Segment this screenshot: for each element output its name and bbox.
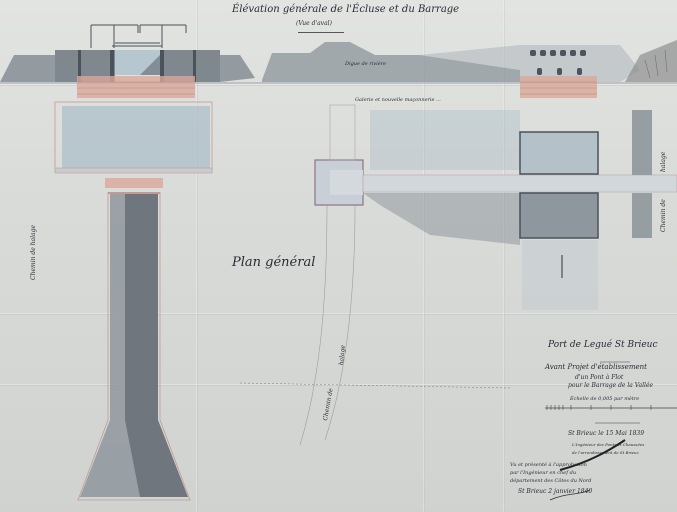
cartouche-line3: pour le Barrage de la Vallée (568, 382, 653, 389)
cartouche-heading: Port de Legué St Brieuc (548, 340, 658, 350)
signature-role-2: de l'arrondissement de St Brieuc (572, 450, 639, 455)
plan-title: Plan général (232, 255, 315, 270)
elevation-view (0, 25, 677, 98)
approval-line-2: par l'Ingénieur en chef du (510, 470, 576, 476)
elevation-subtitle: (Vue d'aval) (296, 20, 332, 27)
title-underline (298, 32, 344, 33)
approval-line-1: Vu et présenté à l'approbation (510, 462, 587, 468)
cartouche-line2: d'un Pont à Flot (575, 374, 623, 381)
cartouche-line1: Avant Projet d'établissement (545, 363, 647, 371)
approval-date: St Brieuc 2 janvier 1840 (518, 488, 592, 495)
drawing-sheet: Élévation générale de l'Écluse et du Bar… (0, 0, 677, 512)
right-towpath-label-bottom: Chemin de (660, 199, 667, 232)
gallery-note: Galerie et nouvelle maçonnerie ... (355, 97, 441, 103)
scale-text: Échelle de 0,005 par mètre (570, 396, 639, 402)
signature-role-1: L'Ingénieur des Ponts et Chaussées (572, 442, 644, 447)
approval-line-3: département des Côtes du Nord (510, 478, 591, 484)
plan-view (55, 102, 677, 500)
right-towpath-label-top: halage (660, 152, 667, 172)
elevation-title: Élévation générale de l'Écluse et du Bar… (232, 4, 459, 15)
signature-place-date: St Brieuc le 15 Mai 1839 (568, 430, 644, 437)
dike-label: Digue de rivière (345, 61, 386, 67)
left-towpath-label: Chemin de halage (30, 225, 37, 280)
